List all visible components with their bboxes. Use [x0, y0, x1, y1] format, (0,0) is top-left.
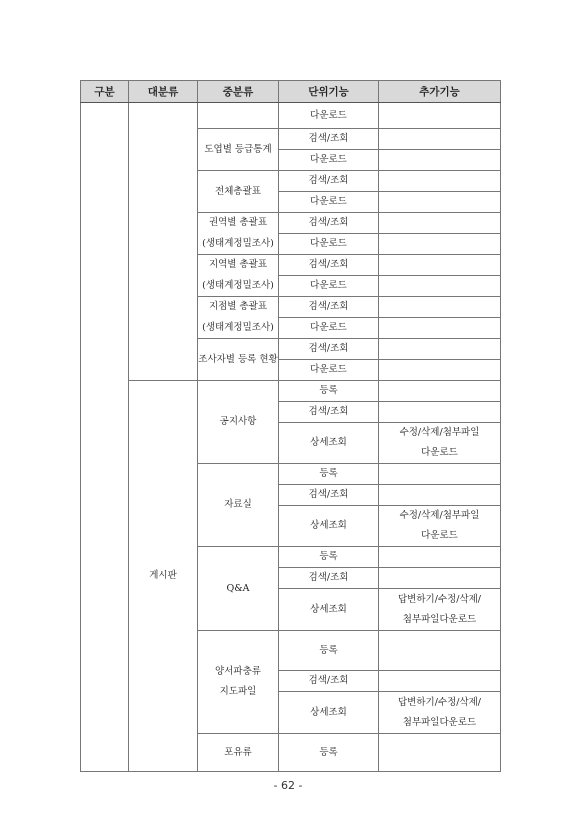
mid-cell-empty	[198, 103, 279, 129]
mid-cell: 도엽별 등급통계	[198, 129, 279, 171]
header-extra-function: 추가기능	[379, 81, 501, 103]
mid-cell: 전체총괄표	[198, 171, 279, 213]
mid-cell: 포유류	[198, 734, 279, 772]
extra-cell	[379, 318, 501, 339]
header-mid: 중분류	[198, 81, 279, 103]
extra-cell	[379, 150, 501, 171]
unit-cell: 검색/조회	[279, 171, 379, 192]
mid-cell: 자료실	[198, 464, 279, 547]
mid-cell: (생태계정밀조사)	[198, 276, 279, 297]
extra-cell	[379, 192, 501, 213]
extra-cell	[379, 464, 501, 485]
unit-cell: 상세조회	[279, 692, 379, 734]
extra-line: 첨부파일다운로드	[379, 610, 500, 630]
mid-line: 양서파충류	[198, 662, 278, 682]
unit-cell: 상세조회	[279, 423, 379, 464]
header-major: 대분류	[129, 81, 198, 103]
unit-cell: 다운로드	[279, 103, 379, 129]
unit-cell: 상세조회	[279, 506, 379, 547]
extra-cell	[379, 171, 501, 192]
mid-cell: 권역별 총괄표	[198, 213, 279, 234]
extra-cell	[379, 297, 501, 318]
extra-cell	[379, 339, 501, 360]
mid-cell: 지점별 총괄표	[198, 297, 279, 318]
major-cell-board: 게시판	[129, 381, 198, 772]
extra-cell	[379, 255, 501, 276]
extra-cell	[379, 631, 501, 671]
extra-cell	[379, 234, 501, 255]
extra-cell: 답변하기/수정/삭제/첨부파일다운로드	[379, 589, 501, 631]
unit-cell: 다운로드	[279, 360, 379, 381]
extra-cell: 답변하기/수정/삭제/첨부파일다운로드	[379, 692, 501, 734]
header-category: 구분	[81, 81, 129, 103]
extra-cell	[379, 734, 501, 772]
extra-line: 첨부파일다운로드	[379, 713, 500, 733]
unit-cell: 검색/조회	[279, 129, 379, 150]
extra-line: 다운로드	[379, 526, 500, 546]
unit-cell: 검색/조회	[279, 671, 379, 692]
mid-line: 지도파일	[198, 682, 278, 702]
mid-cell: 공지사항	[198, 381, 279, 464]
unit-cell: 등록	[279, 734, 379, 772]
extra-line: 수정/삭제/첨부파일	[379, 506, 500, 526]
extra-cell	[379, 547, 501, 568]
page-number: - 62 -	[0, 779, 576, 792]
unit-cell: 검색/조회	[279, 402, 379, 423]
extra-cell	[379, 568, 501, 589]
feature-spec-table: 구분 대분류 중분류 단위기능 추가기능 다운로드 도엽별 등급통계 검색/조회…	[80, 80, 501, 772]
extra-cell	[379, 402, 501, 423]
unit-cell: 검색/조회	[279, 485, 379, 506]
unit-cell: 등록	[279, 631, 379, 671]
unit-cell: 상세조회	[279, 589, 379, 631]
unit-cell: 검색/조회	[279, 297, 379, 318]
unit-cell: 다운로드	[279, 150, 379, 171]
extra-cell	[379, 103, 501, 129]
mid-cell: (생태계정밀조사)	[198, 318, 279, 339]
unit-cell: 검색/조회	[279, 339, 379, 360]
mid-cell: 지역별 총괄표	[198, 255, 279, 276]
unit-cell: 다운로드	[279, 234, 379, 255]
unit-cell: 검색/조회	[279, 255, 379, 276]
unit-cell: 등록	[279, 464, 379, 485]
major-cell-empty	[129, 103, 198, 381]
extra-cell	[379, 381, 501, 402]
category-cell	[81, 103, 129, 772]
extra-cell	[379, 360, 501, 381]
mid-cell: Q&A	[198, 547, 279, 631]
table-row: 게시판 공지사항 등록	[81, 381, 501, 402]
extra-cell	[379, 213, 501, 234]
extra-cell	[379, 671, 501, 692]
extra-cell	[379, 276, 501, 297]
unit-cell: 다운로드	[279, 276, 379, 297]
unit-cell: 등록	[279, 547, 379, 568]
extra-cell	[379, 129, 501, 150]
header-unit-function: 단위기능	[279, 81, 379, 103]
mid-cell: (생태계정밀조사)	[198, 234, 279, 255]
mid-cell: 조사자별 등록 현황	[198, 339, 279, 381]
unit-cell: 검색/조회	[279, 213, 379, 234]
extra-line: 수정/삭제/첨부파일	[379, 423, 500, 443]
unit-cell: 다운로드	[279, 318, 379, 339]
extra-cell	[379, 485, 501, 506]
unit-cell: 등록	[279, 381, 379, 402]
extra-line: 답변하기/수정/삭제/	[379, 693, 500, 713]
unit-cell: 검색/조회	[279, 568, 379, 589]
extra-line: 답변하기/수정/삭제/	[379, 590, 500, 610]
table-header-row: 구분 대분류 중분류 단위기능 추가기능	[81, 81, 501, 103]
unit-cell: 다운로드	[279, 192, 379, 213]
extra-line: 다운로드	[379, 443, 500, 463]
extra-cell: 수정/삭제/첨부파일다운로드	[379, 423, 501, 464]
extra-cell: 수정/삭제/첨부파일다운로드	[379, 506, 501, 547]
mid-cell: 양서파충류지도파일	[198, 631, 279, 734]
table-row: 다운로드	[81, 103, 501, 129]
